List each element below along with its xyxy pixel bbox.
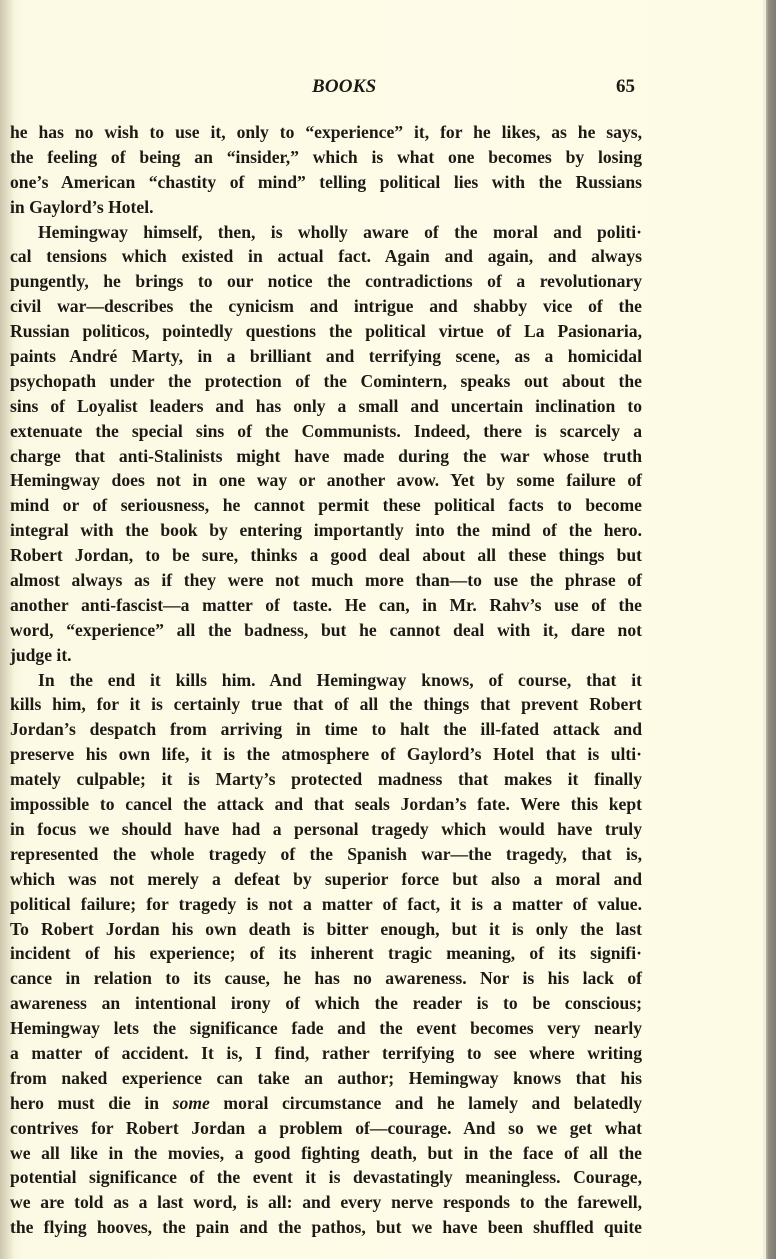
text-line: almost always as if they were not much m…: [10, 568, 642, 593]
text-line: the feeling of being an “insider,” which…: [10, 145, 642, 170]
text-line: potential significance of the event it i…: [10, 1165, 642, 1190]
text-line: Robert Jordan, to be sure, thinks a good…: [10, 543, 642, 568]
text-line: cance in relation to its cause, he has n…: [10, 966, 642, 991]
text-line: in Gaylord’s Hotel.: [10, 195, 642, 220]
text-line: charge that anti-Stalinists might have m…: [10, 444, 642, 469]
text-line: pungently, he brings to our notice the c…: [10, 269, 642, 294]
text-line: one’s American “chastity of mind” tellin…: [10, 170, 642, 195]
book-page: BOOKS 65 he has no wish to use it, only …: [0, 0, 766, 1259]
text-line: impossible to cancel the attack and that…: [10, 792, 642, 817]
text-line: psychopath under the protection of the C…: [10, 369, 642, 394]
text-line: another anti-fascist—a matter of taste. …: [10, 593, 642, 618]
emphasized-word: some: [173, 1093, 210, 1113]
text-line: To Robert Jordan his own death is bitter…: [10, 917, 642, 942]
text-line: which was not merely a defeat by superio…: [10, 867, 642, 892]
text-line: represented the whole tragedy of the Spa…: [10, 842, 642, 867]
text-line: civil war—describes the cynicism and int…: [10, 294, 642, 319]
text-line-paragraph-start: Hemingway himself, then, is wholly aware…: [10, 220, 642, 245]
text-line: Russian politicos, pointedly questions t…: [10, 319, 642, 344]
page-number: 65: [616, 76, 635, 98]
page-header: BOOKS 65: [0, 76, 776, 102]
text-line: judge it.: [10, 643, 642, 668]
text-line: Hemingway lets the significance fade and…: [10, 1016, 642, 1041]
text-line: kills him, for it is certainly true that…: [10, 692, 642, 717]
text-line: extenuate the special sins of the Commun…: [10, 419, 642, 444]
text-line: Jordan’s despatch from arriving in time …: [10, 717, 642, 742]
text-line: integral with the book by entering impor…: [10, 518, 642, 543]
text-line: awareness an intentional irony of which …: [10, 991, 642, 1016]
text-line: Hemingway does not in one way or another…: [10, 468, 642, 493]
text-line: paints André Marty, in a brilliant and t…: [10, 344, 642, 369]
text-line: the flying hooves, the pain and the path…: [10, 1215, 642, 1240]
text-line: word, “experience” all the badness, but …: [10, 618, 642, 643]
text-fragment: moral circumstance and he lamely and bel…: [210, 1093, 642, 1113]
text-line: hero must die in some moral circumstance…: [10, 1091, 642, 1116]
text-line-paragraph-start: In the end it kills him. And Hemingway k…: [10, 668, 642, 693]
text-line: contrives for Robert Jordan a problem of…: [10, 1116, 642, 1141]
body-text: he has no wish to use it, only to “exper…: [10, 120, 642, 1240]
text-line: in focus we should have had a personal t…: [10, 817, 642, 842]
page-edge: [766, 0, 776, 1259]
text-line: mind or of seriousness, he cannot permit…: [10, 493, 642, 518]
text-line: we are told as a last word, is all: and …: [10, 1190, 642, 1215]
text-line: mately culpable; it is Marty’s protected…: [10, 767, 642, 792]
text-fragment: hero must die in: [10, 1093, 173, 1113]
text-line: cal tensions which existed in actual fac…: [10, 244, 642, 269]
text-line: we all like in the movies, a good fighti…: [10, 1141, 642, 1166]
text-line: a matter of accident. It is, I find, rat…: [10, 1041, 642, 1066]
text-line: incident of his experience; of its inher…: [10, 941, 642, 966]
text-line: from naked experience can take an author…: [10, 1066, 642, 1091]
text-line: preserve his own life, it is the atmosph…: [10, 742, 642, 767]
running-head: BOOKS: [312, 76, 376, 98]
text-line: he has no wish to use it, only to “exper…: [10, 120, 642, 145]
text-line: sins of Loyalist leaders and has only a …: [10, 394, 642, 419]
text-line: political failure; for tragedy is not a …: [10, 892, 642, 917]
